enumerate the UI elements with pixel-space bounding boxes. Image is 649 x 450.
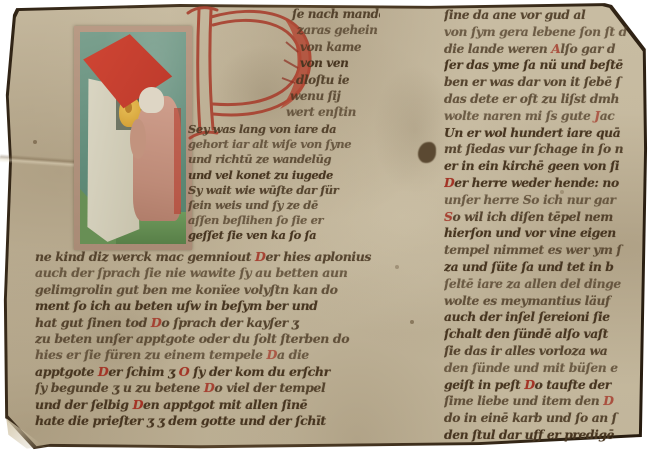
manuscript-text-line: unſer herre So ich nur gar (444, 192, 645, 209)
manuscript-text-line: gehort iar alt wiſe von ſyne (188, 137, 380, 152)
manuscript-text-line: und richtū ze wandelūg (188, 152, 380, 167)
rubric-letter: D (524, 377, 534, 392)
left-text-block: ne kind diz werck mac gemniout Der hies … (35, 249, 379, 429)
rubric-letter: D (133, 397, 143, 412)
manuscript-text-line: ſime liebe und item den D (444, 393, 645, 410)
robe-red-trim (174, 108, 180, 214)
rubric-letter: O (179, 364, 190, 379)
right-text-column: ſine da ane vor gud alvon ſym gera leben… (444, 7, 645, 447)
manuscript-text-line: hate die prieſter ʒ ʒ dem gotte und der … (35, 413, 379, 429)
manuscript-text-line: wolte es meymantius läuf (444, 293, 645, 310)
rubric-letter: D (444, 175, 454, 190)
manuscript-text-line: er in ein kirchē geen von ſi (444, 158, 645, 175)
manuscript-text-line: hierſon und vor vine eigen (444, 225, 645, 242)
rubric-letter: D (98, 364, 108, 379)
manuscript-text-line: Sey was lang von iare da (188, 122, 380, 137)
manuscript-text-line: den ſünde und mit büſen e (444, 360, 645, 377)
manuscript-text-line: geiſt in peſt Do taufte der (444, 377, 645, 394)
manuscript-text-line: ſie das ir alles vorloza wa (444, 343, 645, 360)
manuscript-text-line: geſſet ſie ven ka ſo ſa (188, 228, 380, 243)
manuscript-text-line: und der ſelbig Den apptgot mit allen ſin… (35, 397, 379, 413)
manuscript-text-line: von ven (284, 55, 380, 71)
manuscript-text-line: von ſym gera lebene ſon ſt d (444, 24, 645, 41)
manuscript-text-line: ſy begunde ʒ u zu betene Do viel der tem… (35, 380, 379, 396)
manuscript-text-line: aſſen beſlihen ſo ſie er (188, 213, 380, 228)
manuscript-text-line: von kame (284, 39, 380, 55)
manuscript-text-line: auch der ſprach ſie nie wawite ſy au bet… (35, 265, 379, 281)
manuscript-text-line: Sy wait wie wūſte dar ſür (188, 183, 380, 198)
rubric-letter: D (603, 393, 613, 408)
manuscript-text-line: mt ſiedas vur ſchage in ſo n (444, 141, 645, 158)
manuscript-text-line: za und ſüte ſa und tet in b (444, 259, 645, 276)
manuscript-text-line: dloſtu ie (284, 72, 380, 88)
manuscript-text-line: ne kind diz werck mac gemniout Der hies … (35, 249, 379, 265)
manuscript-text-line: wolte naren mi ſs gute Jac (444, 108, 645, 125)
manuscript-text-line: die lande weren Alſo gar d (444, 41, 645, 58)
left-column-below-initial: Sey was lang von iare dagehort iar alt w… (188, 122, 380, 244)
manuscript-text-line: gelimgrolin gut ben me konïee volyſtn ka… (35, 282, 379, 298)
manuscript-text-line: ſein weis und ſy ze dē (188, 198, 380, 213)
rubric-letter: D (267, 347, 277, 362)
left-column-beside-initial: ſe nach mandezaras geheinvon kamevon ven… (284, 6, 380, 121)
manuscript-photo: ſe nach mandezaras geheinvon kamevon ven… (0, 0, 649, 450)
figure-hood (139, 87, 163, 112)
manuscript-text-line: auch der inſel ſereioni ſie (444, 309, 645, 326)
manuscript-text-line: Der herre weder hende: no (444, 175, 645, 192)
rubric-letter: D (255, 249, 265, 264)
manuscript-text-line: ſchalt den ſündē alſo vaſt (444, 326, 645, 343)
manuscript-text-line: apptgote Der ſchim ʒ O ſy der kom du erſ… (35, 364, 379, 380)
rubric-letter: D (204, 380, 214, 395)
manuscript-text-line: den ſtul dar uff er predigē (444, 427, 645, 444)
manuscript-text-line: ſeltē iare za allen del dinge (444, 276, 645, 293)
manuscript-text-line: ſine da ane vor gud al (444, 7, 645, 24)
manuscript-text-line: ſe nach mande (284, 6, 380, 22)
manuscript-text-line: So wil ich diſen tēpel nem (444, 209, 645, 226)
manuscript-text-line: hat gut ſinen tod Do ſprach der kayſer ʒ (35, 315, 379, 331)
manuscript-text-line: und vel konet zu iugede (188, 168, 380, 183)
manuscript-text-line: Un er wol hundert iare quā (444, 125, 645, 142)
miniature-scene (80, 32, 186, 244)
miniature-frame (74, 26, 192, 250)
manuscript-text-line: wenu ſij (284, 88, 380, 104)
manuscript-text-line: zu beten unſer apptgote oder du ſolt ſte… (35, 331, 379, 347)
manuscript-text-line: do in einē karb und ſo an ſ (444, 410, 645, 427)
manuscript-text-line: hies er ſie füren zu einem tempele Da di… (35, 347, 379, 363)
manuscript-text-line: wert enſtin (284, 104, 380, 120)
figure-arm (130, 119, 146, 159)
manuscript-text-line: ben er was dar von it ſebē ſ (444, 74, 645, 91)
manuscript-text-line: ment ſo ich au beten uſw in beſym ber un… (35, 298, 379, 314)
rubric-letter: D (151, 315, 161, 330)
manuscript-text-line: zaras gehein (284, 22, 380, 38)
rubric-letter: A (551, 41, 560, 56)
manuscript-text-line: das dete er oft zu liſst dmh (444, 91, 645, 108)
manuscript-text-line: ſer das yme ſa nü und beſtē (444, 57, 645, 74)
manuscript-text-line: tempel nimmet es wer ym ſ (444, 242, 645, 259)
